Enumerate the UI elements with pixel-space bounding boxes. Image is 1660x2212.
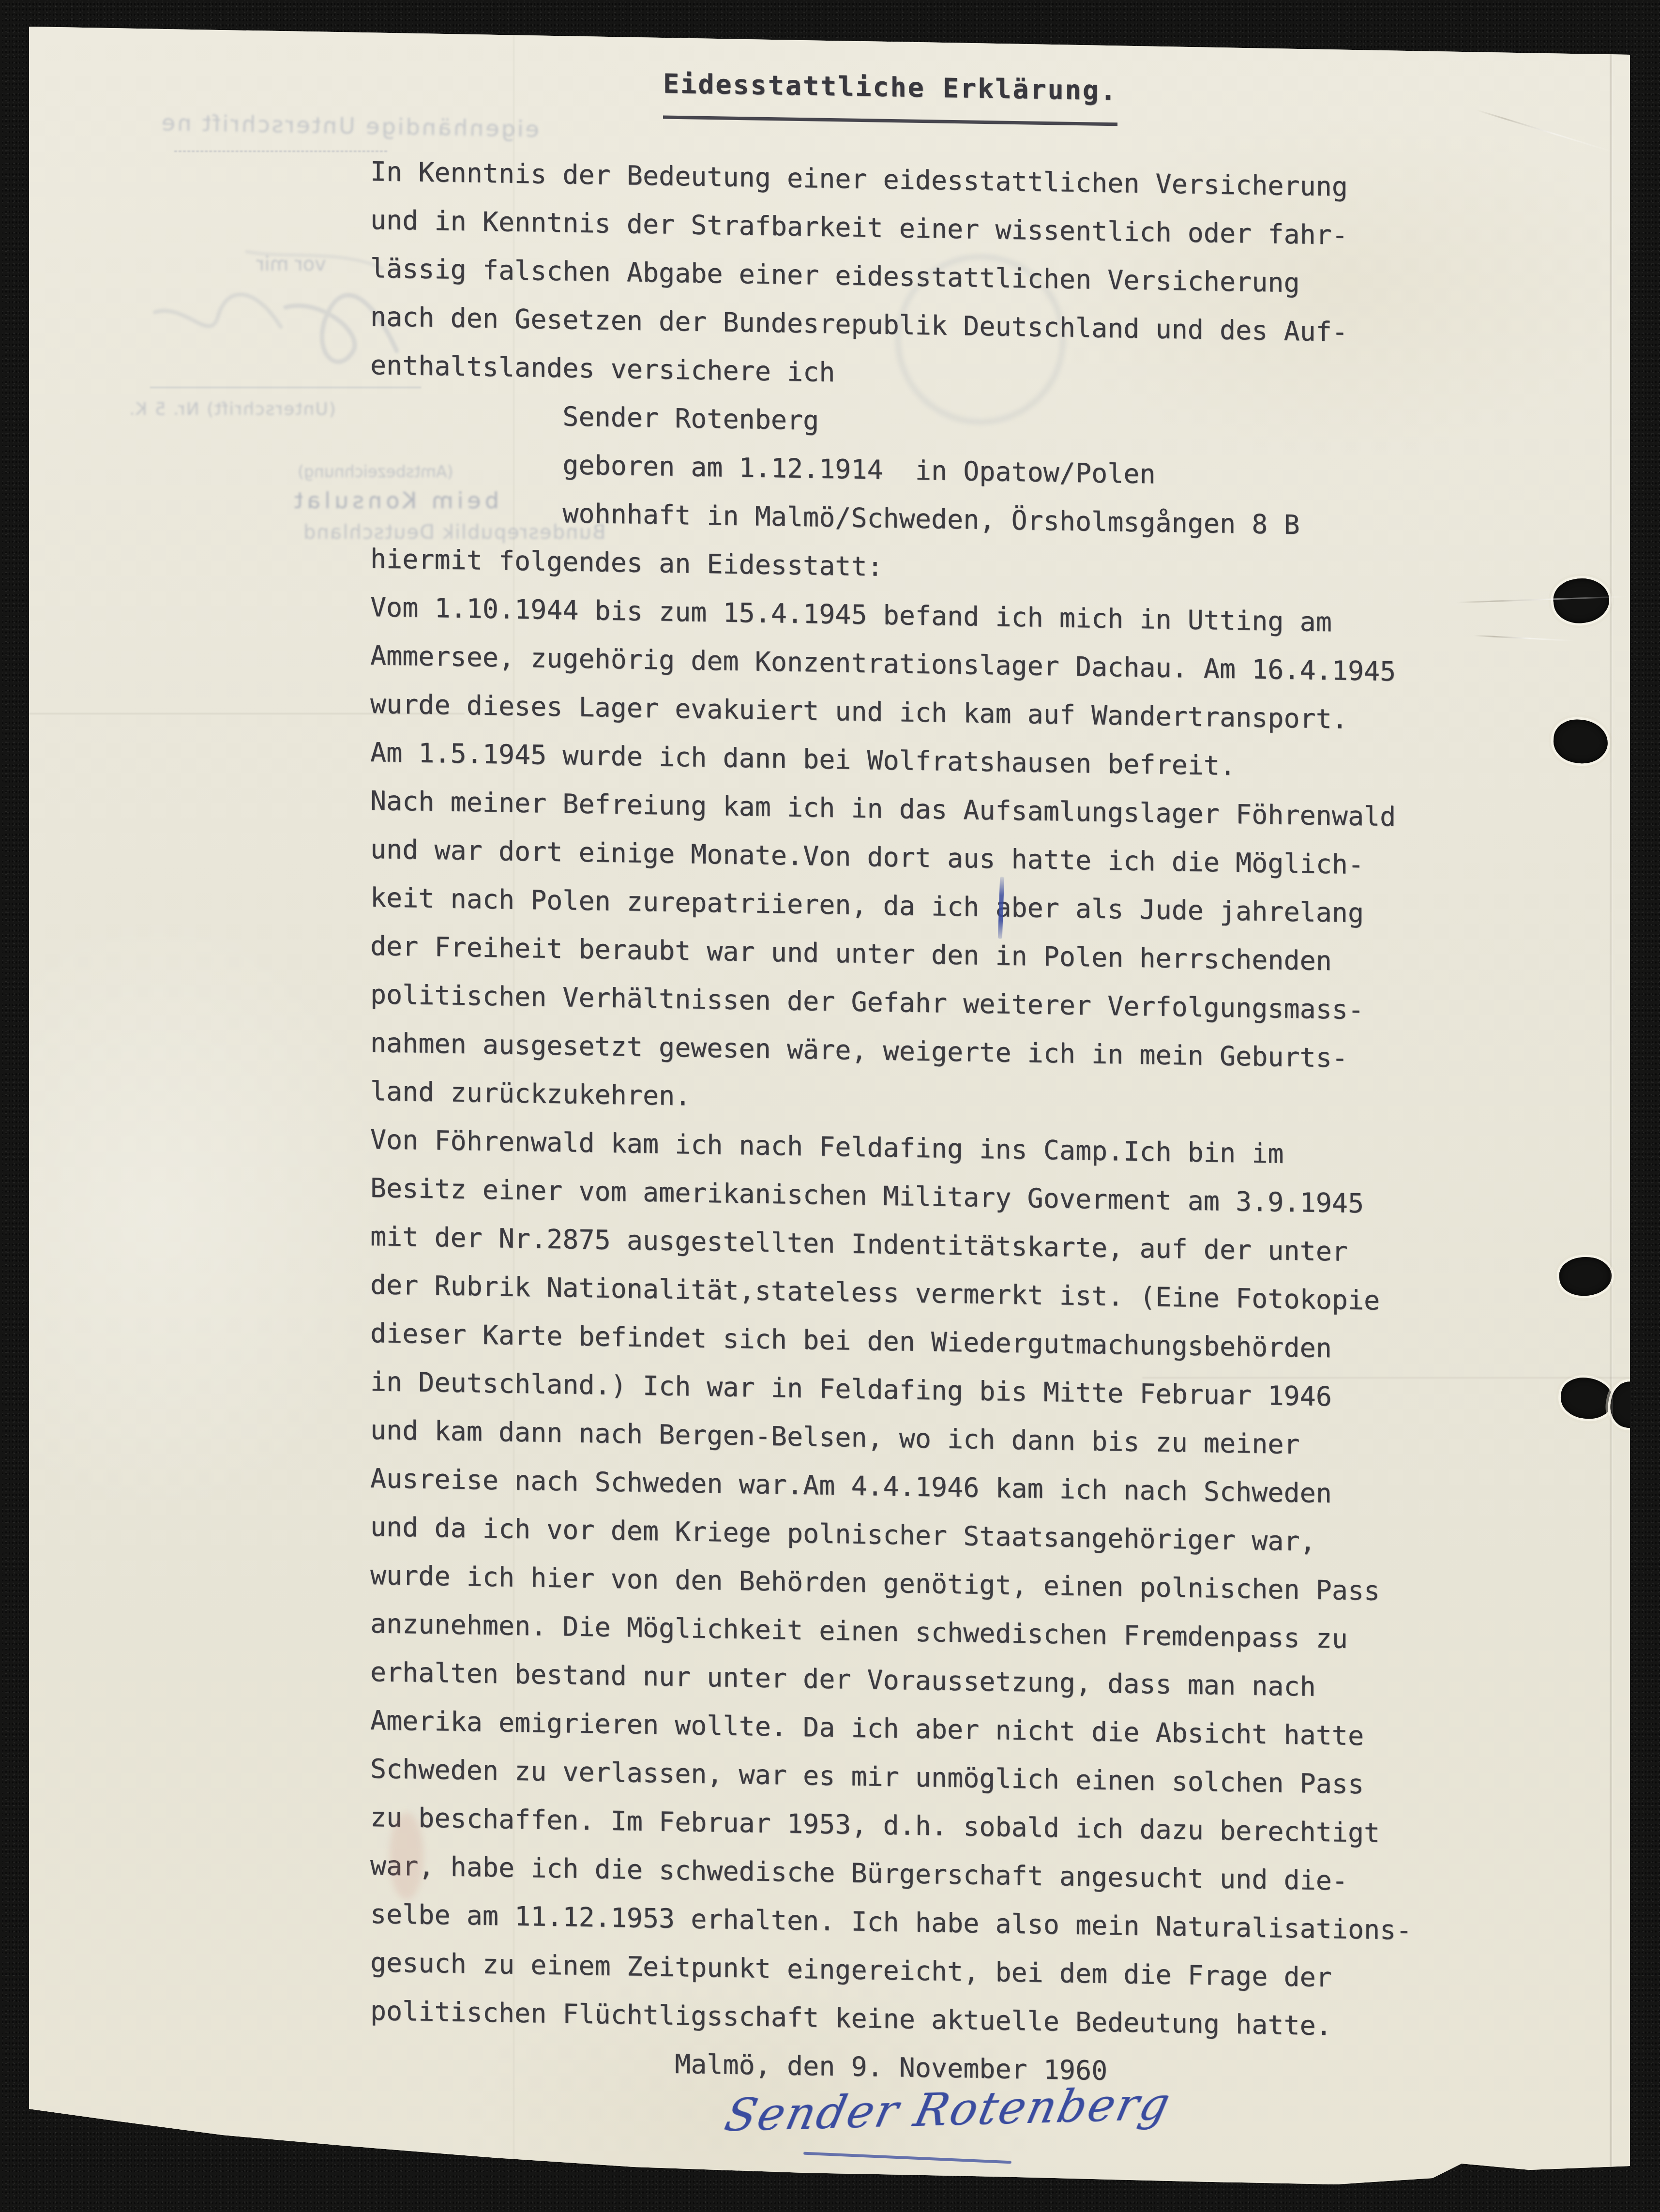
punch-hole — [1552, 718, 1609, 765]
fold-line — [513, 27, 514, 2185]
fold-line — [1610, 27, 1612, 2185]
fold-line — [29, 713, 465, 714]
fold-line — [1142, 1377, 1630, 1379]
ink-smudge — [390, 1813, 423, 1900]
body-lines: In Kenntnis der Bedeutung einer eidessta… — [370, 147, 1532, 2102]
scan-background: { "page": { "title": "Eidesstattliche Er… — [0, 0, 1660, 2212]
document-title: Eidesstattliche Erklärung. — [663, 60, 1117, 126]
edge-tear-notch — [1607, 1379, 1653, 1431]
signature-underline-stroke — [803, 2152, 1011, 2164]
punch-hole — [1559, 1376, 1615, 1422]
bleedthrough-text: (Unterschrift) Nr. 5 K. — [128, 399, 336, 419]
document-page: eigenhändige Unterschrift ne vor mir (Un… — [29, 27, 1630, 2185]
typed-text-block: Eidesstattliche Erklärung. In Kenntnis d… — [370, 27, 1532, 2102]
bleedthrough-rule — [174, 151, 387, 152]
punch-hole — [1551, 575, 1612, 626]
punch-hole — [1558, 1255, 1614, 1298]
